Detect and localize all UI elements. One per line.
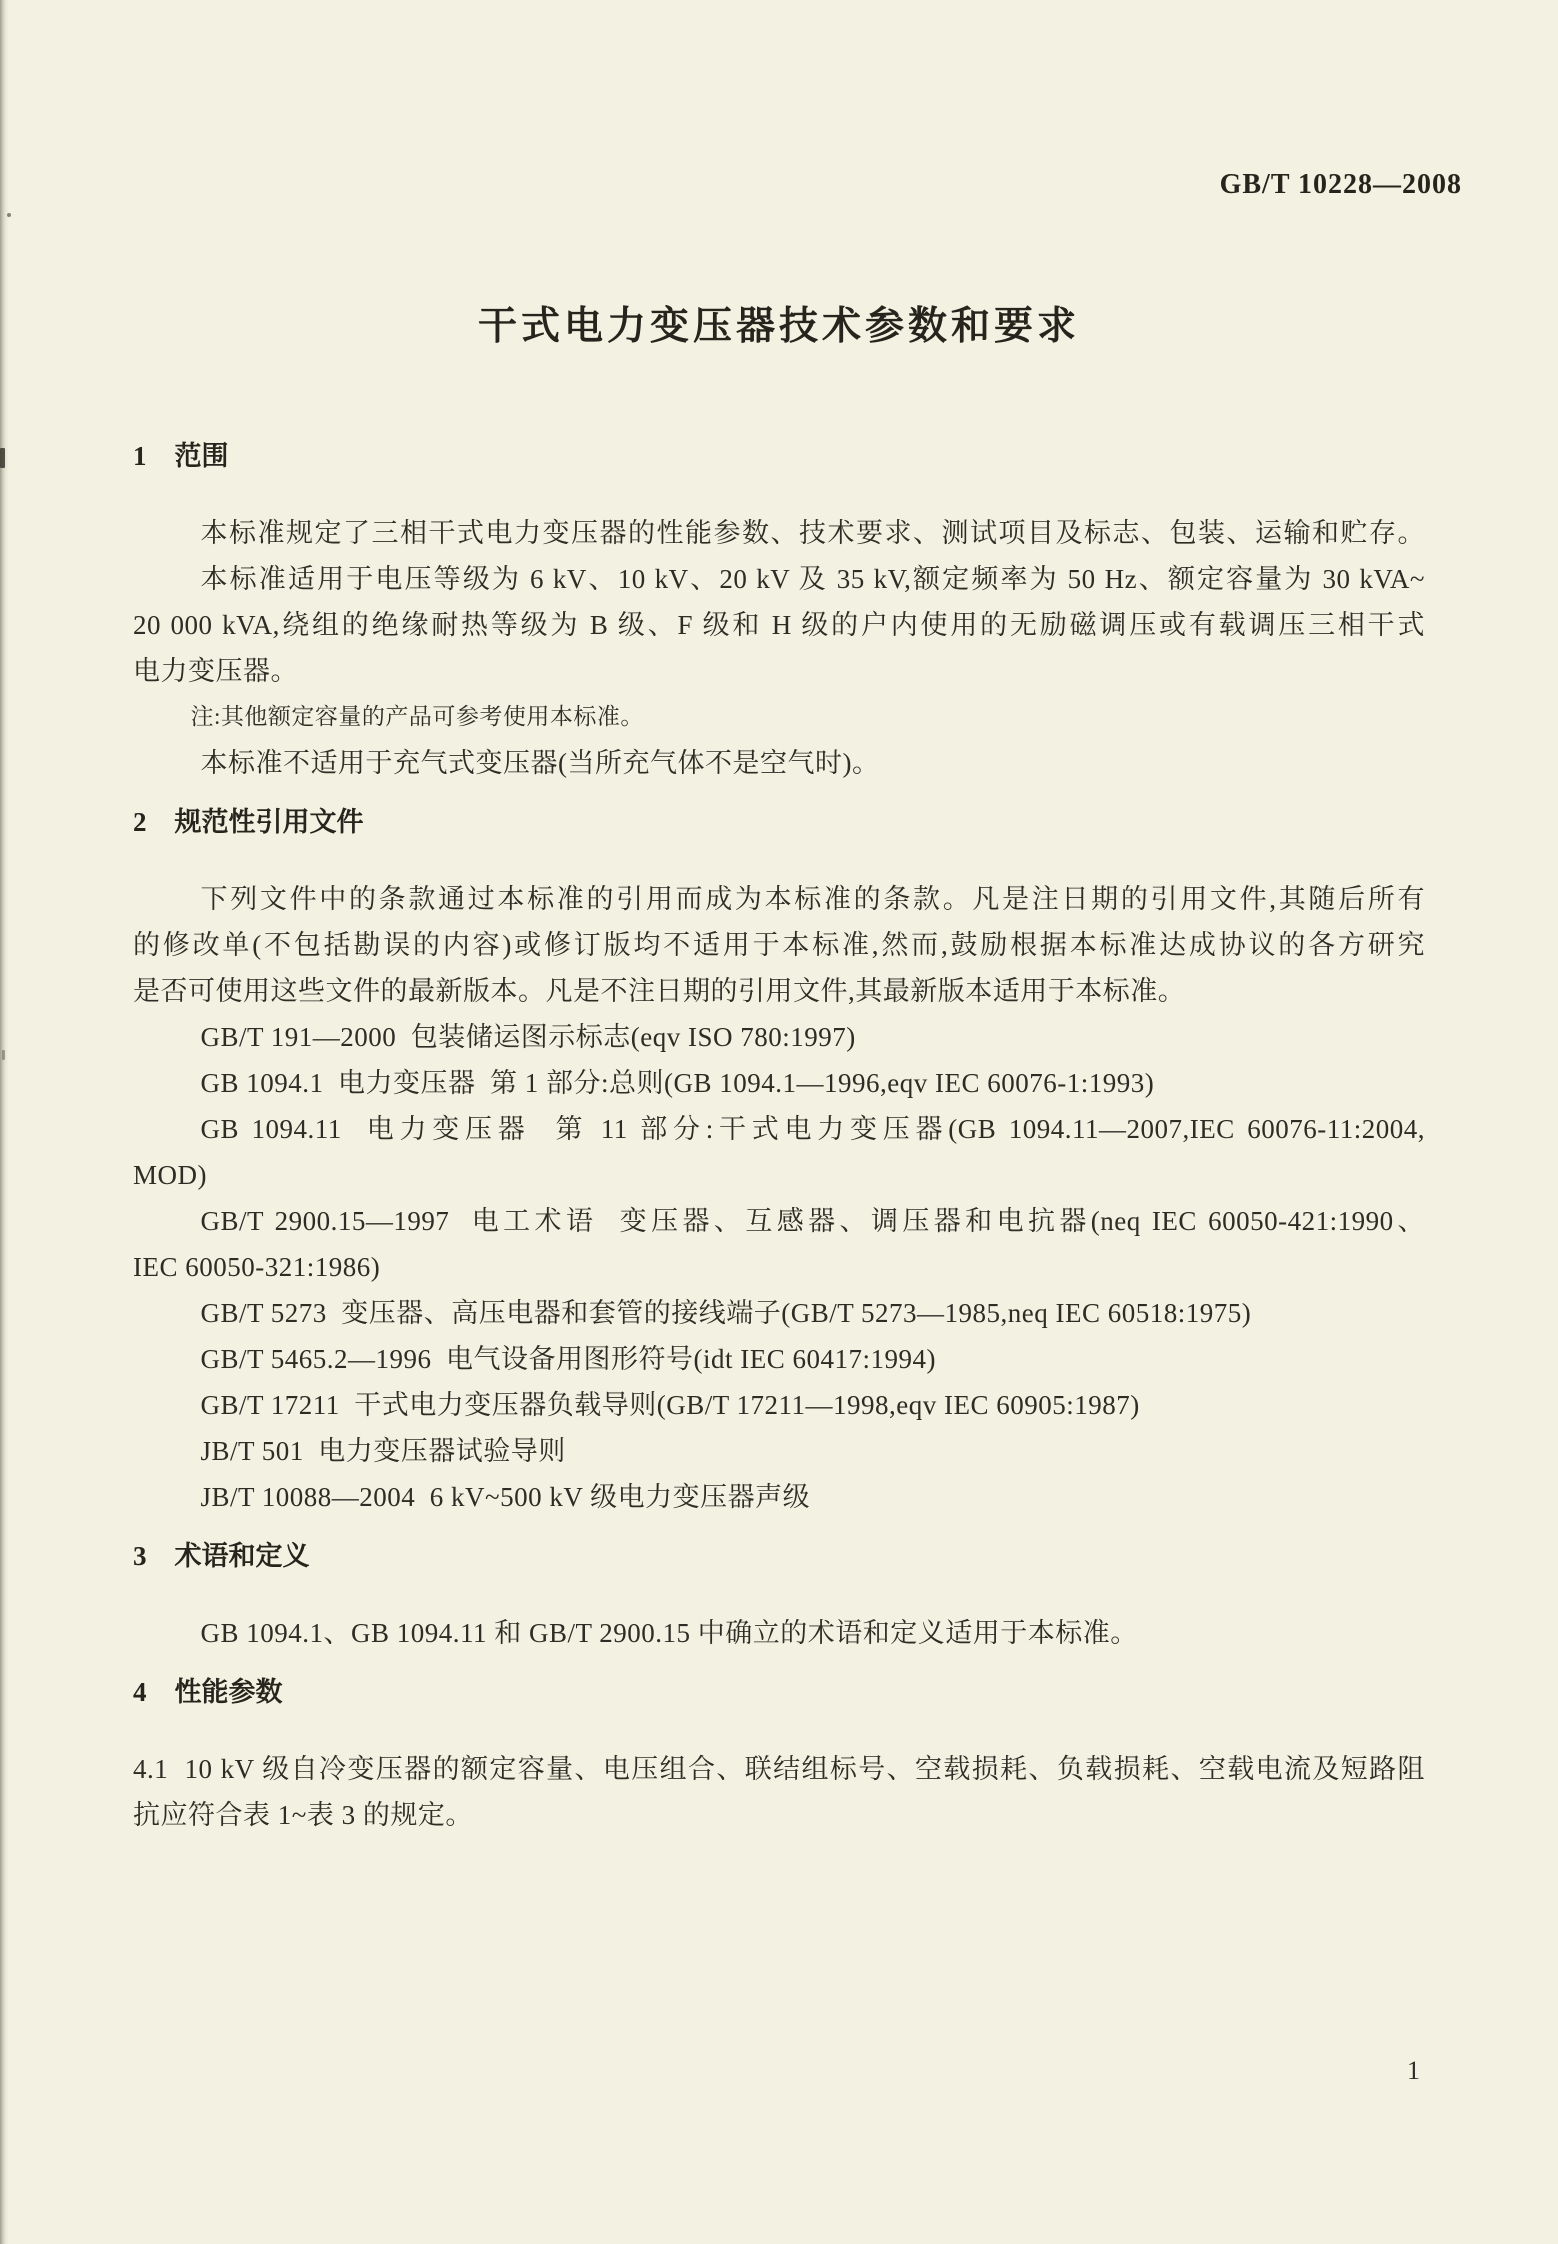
- document-title: 干式电力变压器技术参数和要求: [133, 300, 1425, 354]
- text-line: GB/T 191—2000 包装储运图示标志(eqv ISO 780:1997): [133, 1014, 1425, 1060]
- section-heading: 1范围: [133, 440, 1425, 472]
- text-line: GB 1094.11 电力变压器 第 11 部分:干式电力变压器(GB 1094…: [133, 1106, 1425, 1152]
- section-number: 4: [133, 1676, 147, 1708]
- scan-speck: [0, 448, 5, 468]
- text-line: GB 1094.1、GB 1094.11 和 GB/T 2900.15 中确立的…: [133, 1610, 1425, 1656]
- text-line: IEC 60050-321:1986): [133, 1244, 1425, 1290]
- page-number: 1: [1407, 2056, 1420, 2086]
- section-number: 2: [133, 806, 147, 838]
- text-lines: 1范围本标准规定了三相干式电力变压器的性能参数、技术要求、测试项目及标志、包装、…: [133, 440, 1425, 1838]
- text-line: 是否可使用这些文件的最新版本。凡是不注日期的引用文件,其最新版本适用于本标准。: [133, 968, 1425, 1014]
- text-line: 本标准不适用于充气式变压器(当所充气体不是空气时)。: [133, 740, 1425, 786]
- section-heading: 3术语和定义: [133, 1540, 1425, 1572]
- scan-edge-shadow: [0, 0, 9, 2244]
- note-line: 注:其他额定容量的产品可参考使用本标准。: [133, 694, 1425, 740]
- text-line: 本标准适用于电压等级为 6 kV、10 kV、20 kV 及 35 kV,额定频…: [133, 556, 1425, 602]
- text-line: MOD): [133, 1152, 1425, 1198]
- document-content: 干式电力变压器技术参数和要求 1范围本标准规定了三相干式电力变压器的性能参数、技…: [133, 0, 1425, 1838]
- text-line: 的修改单(不包括勘误的内容)或修订版均不适用于本标准,然而,鼓励根据本标准达成协…: [133, 922, 1425, 968]
- document-page: GB/T 10228—2008 干式电力变压器技术参数和要求 1范围本标准规定了…: [0, 0, 1558, 2244]
- section-title: 术语和定义: [175, 1541, 310, 1571]
- text-line: 下列文件中的条款通过本标准的引用而成为本标准的条款。凡是注日期的引用文件,其随后…: [133, 876, 1425, 922]
- section-title: 性能参数: [175, 1677, 283, 1707]
- text-line: 20 000 kVA,绕组的绝缘耐热等级为 B 级、F 级和 H 级的户内使用的…: [133, 602, 1425, 648]
- text-line: 本标准规定了三相干式电力变压器的性能参数、技术要求、测试项目及标志、包装、运输和…: [133, 510, 1425, 556]
- text-line: GB/T 17211 干式电力变压器负载导则(GB/T 17211—1998,e…: [133, 1382, 1425, 1428]
- text-line: GB/T 2900.15—1997 电工术语 变压器、互感器、调压器和电抗器(n…: [133, 1198, 1425, 1244]
- section-title: 范围: [175, 441, 229, 471]
- section-number: 1: [133, 440, 147, 472]
- scan-speck: [7, 213, 11, 217]
- section-number: 3: [133, 1540, 147, 1572]
- scan-speck: [2, 1050, 5, 1060]
- section-heading: 2规范性引用文件: [133, 806, 1425, 838]
- text-line: JB/T 501 电力变压器试验导则: [133, 1428, 1425, 1474]
- section-title: 规范性引用文件: [175, 807, 364, 837]
- text-line: 电力变压器。: [133, 648, 1425, 694]
- text-line: 4.1 10 kV 级自冷变压器的额定容量、电压组合、联结组标号、空载损耗、负载…: [133, 1746, 1425, 1792]
- text-line: GB 1094.1 电力变压器 第 1 部分:总则(GB 1094.1—1996…: [133, 1060, 1425, 1106]
- text-line: GB/T 5273 变压器、高压电器和套管的接线端子(GB/T 5273—198…: [133, 1290, 1425, 1336]
- text-line: 抗应符合表 1~表 3 的规定。: [133, 1792, 1425, 1838]
- text-line: JB/T 10088—2004 6 kV~500 kV 级电力变压器声级: [133, 1474, 1425, 1520]
- section-heading: 4性能参数: [133, 1676, 1425, 1708]
- text-line: GB/T 5465.2—1996 电气设备用图形符号(idt IEC 60417…: [133, 1336, 1425, 1382]
